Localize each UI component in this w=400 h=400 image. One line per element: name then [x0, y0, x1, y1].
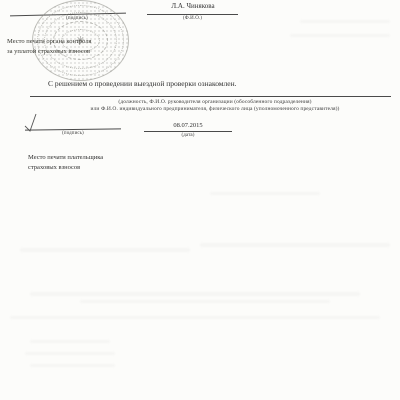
date-value: 08.07.2015 — [144, 122, 232, 129]
bleed-through-smudge — [30, 364, 115, 367]
bleed-through-smudge — [210, 192, 320, 195]
role-caption-line2: или Ф.И.О. индивидуального предпринимате… — [55, 106, 375, 112]
bleed-through-smudge — [200, 243, 390, 247]
bleed-through-smudge — [10, 316, 380, 319]
scanned-document-page: (подпись) ✳ Место печати органа контроля… — [0, 0, 400, 400]
payer-seal-label-line1: Место печати плательщика — [28, 154, 103, 161]
fio-line — [147, 14, 238, 15]
fio-caption: (Ф.И.О.) — [147, 16, 238, 21]
fio-name: Л.А. Чинякова — [148, 2, 238, 10]
role-line — [30, 96, 391, 97]
statement-text: С решением о проведении выездной проверк… — [48, 79, 237, 88]
bleed-through-smudge — [30, 340, 110, 343]
signature-caption: (подпись) — [25, 131, 121, 136]
bleed-through-smudge — [20, 248, 190, 252]
bleed-through-smudge — [30, 292, 360, 296]
stamp-place-label-line1: Место печати органа контроля — [7, 38, 92, 45]
payer-seal-label-line2: страховых взносов — [28, 164, 80, 171]
date-caption: (дата) — [144, 133, 232, 138]
bleed-through-smudge — [300, 20, 390, 23]
date-line — [144, 131, 232, 132]
bleed-through-smudge — [25, 352, 115, 355]
bleed-through-smudge — [290, 34, 390, 37]
role-caption-line1: (должность, Ф.И.О. руководителя организа… — [55, 99, 375, 105]
stamp-place-label-line2: за уплатой страховых взносов — [7, 48, 90, 55]
bleed-through-smudge — [80, 300, 330, 303]
